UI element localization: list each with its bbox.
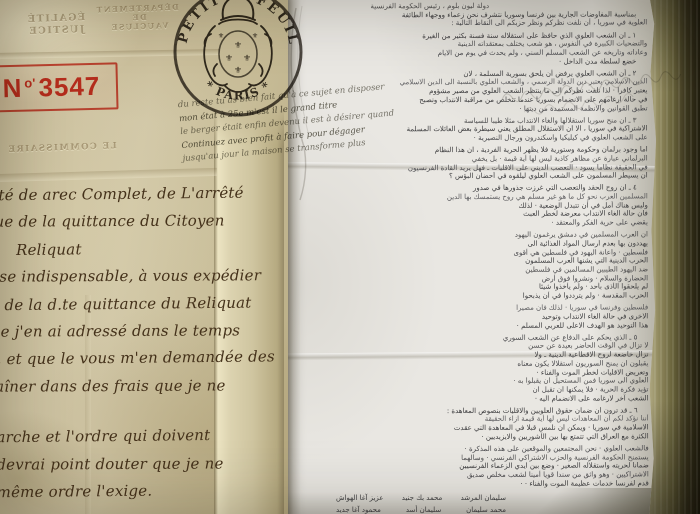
text-line: ue de la d.te quittance du Reliquat xyxy=(0,289,249,319)
text-line: البرلماني عبارة عن مظاهر كاذبة ليس لها أ… xyxy=(294,154,648,164)
table-background-edge xyxy=(648,0,700,514)
paris-royal-ink-seal: PETIT FEUIL * PARIS * ⚜ ⚜ ⚜ ⚜ xyxy=(159,0,317,136)
text-line: خضع لسلطة مدن الداخل · xyxy=(293,57,647,67)
signature-name: عزيز آغا الهواش xyxy=(336,494,383,502)
stamp-prefix: N xyxy=(2,73,22,104)
text-line: ان العرب المسلمين في دمشق يرغمون اليهود xyxy=(294,231,648,241)
corner-shadow xyxy=(506,488,656,514)
text-line: المسلمين العرب نحو كل ما هو غير مسلم هي … xyxy=(294,192,648,202)
signature-name: محمد بك جنيد xyxy=(402,494,443,502)
text-line: الحرب المقدسة · ولم يترددوا في أن يذبحوا xyxy=(294,292,648,302)
signature-block: سليمان المرشدمحمد بك جنيدعزيز آغا الهواش… xyxy=(336,494,506,514)
text-line: العلوية في سوريا ، أن نلفت نظركم ونظر حز… xyxy=(293,19,647,29)
letterpress-line: JUSTICE xyxy=(15,23,97,37)
text-line: الشعب آخر لارغامه على الانضمام اليه · xyxy=(295,394,649,404)
text-line: hose indispensable, à vous expédier xyxy=(0,263,248,292)
fleur-de-lis-icon: ⚜ xyxy=(234,41,242,51)
text-line: أننا نؤكد لكم ان المعاهدات ليس لها أية ق… xyxy=(295,415,649,425)
text-line: ان يسيطر المسلمون على الشعب العلوي ليلقو… xyxy=(294,172,648,182)
text-line: ضد اليهود الطيبين المسالمين في فلسطين xyxy=(294,265,648,275)
text-line: ique de la quittance du Citoyen xyxy=(0,208,248,237)
text-line: ot, et que le vous m'en demandée des xyxy=(0,344,249,374)
stamp-ordinal: o' xyxy=(24,75,35,90)
seal-ring-text: FEUIL xyxy=(254,0,301,47)
fleur-de-lis-icon: ⚜ xyxy=(225,54,233,64)
fleur-de-lis-icon: ⚜ xyxy=(218,32,224,40)
text-line: الكثرة مع العراق التي تتمتع بها بين الآش… xyxy=(295,432,649,442)
signature-name: محمود آغا جديد xyxy=(336,506,381,514)
signature-name: سليمان أسد xyxy=(406,506,441,514)
text-line: anté de arec Complet, de L'arrêté xyxy=(0,180,248,210)
signature-row: محمد سليمانسليمان أسدمحمود آغا جديد xyxy=(336,506,506,514)
signature-name: سليمان المرشد xyxy=(461,494,506,502)
text-line: e même ordre l'exige. xyxy=(0,477,251,507)
text-line: لا تزال في الوقت الحاضر بعيدة عن حسن xyxy=(294,342,648,352)
text-line: دولة ليون بلوم ، رئيس الحكومة الفرنسية xyxy=(293,1,647,11)
text-line: فلسطين وفرنسا في سوريا · لذلك فان مصيرا xyxy=(294,304,648,314)
stamp-number: 3547 xyxy=(38,71,101,104)
text-line: que j'en ai adressé dans le temps xyxy=(0,317,249,346)
fleur-de-lis-icon: ⚜ xyxy=(252,32,258,40)
arabic-text-block: دولة ليون بلوم ، رئيس الحكومة الفرنسيةبم… xyxy=(293,1,649,489)
red-registry-number-stamp: No' 3547 xyxy=(0,62,119,112)
mirrored-letterpress-imprint: ÉGALITÉJUSTICE xyxy=(15,12,98,38)
text-line: والتضحيات الكبيرة في النفوس ، هو شعب يخت… xyxy=(293,40,647,50)
svg-text:PETIT: PETIT xyxy=(176,0,224,45)
crown-emblem xyxy=(221,0,255,20)
mirrored-letterpress-imprint: LE COMMISSAIRE xyxy=(3,141,121,157)
text-line: e devrai point douter que je ne xyxy=(0,450,250,479)
seal-ring-text: PETIT xyxy=(176,0,224,45)
text-line: قدم لفرنسا خدمات عظيمة الموت والفناء · · xyxy=(295,479,649,489)
signature-row: سليمان المرشدمحمد بك جنيدعزيز آغا الهواش xyxy=(336,494,506,502)
text-line: marche et l'ordre qui doivent xyxy=(0,422,250,452)
photograph-of-historical-documents: دولة ليون بلوم ، رئيس الحكومة الفرنسيةبم… xyxy=(0,0,700,514)
text-line: traîner dans des frais que je ne xyxy=(0,372,250,401)
letterpress-line: LE COMMISSAIRE xyxy=(3,141,121,157)
text-line: العلوي الى سوريا فمن المستحيل ان يقبلوا … xyxy=(294,377,648,387)
svg-text:FEUIL: FEUIL xyxy=(254,0,301,47)
text-line: Reliquat xyxy=(0,234,248,264)
text-line: يستمنح الحكومة الفرنسية والحزب الاشتراكي… xyxy=(295,453,649,463)
text-line: هذا التوحيد هو الهدف الاعلى للعربي المسل… xyxy=(294,321,648,331)
signature-name: محمد سليمان xyxy=(466,506,506,514)
text-line: يقضي على حرية الفكر والمعتقد · xyxy=(294,219,648,229)
fleur-de-lis-icon: ⚜ xyxy=(243,54,251,64)
french-handwriting-block: anté de arec Complet, de L'arrêtéique de… xyxy=(0,180,251,507)
fleur-de-lis-icon: ⚜ xyxy=(234,66,242,76)
